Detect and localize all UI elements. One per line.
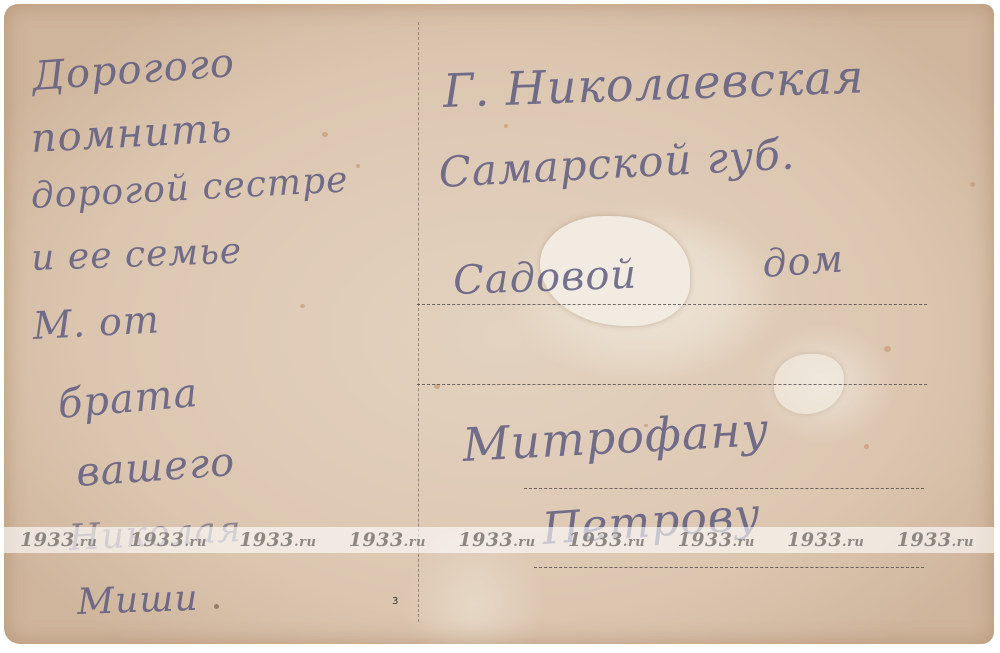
address-line [534,567,924,568]
address-text: Самарской губ. [437,129,796,197]
stain-speck [884,346,891,352]
message-line: помнить [30,106,234,162]
watermark-text: 1933.ru [678,529,755,551]
stain-speck [356,164,360,168]
stain-speck [504,124,508,128]
message-line: и ее семье [31,231,243,279]
address-line [417,304,927,305]
watermark-text: 1933.ru [349,529,426,551]
stain-speck [864,444,869,449]
address-line [524,488,924,489]
message-line: брата [56,370,200,428]
stain-speck [300,304,305,308]
message-line: М. от [32,297,161,348]
watermark-text: 1933.ru [239,529,316,551]
watermark-text: 1933.ru [568,529,645,551]
address-line [417,384,927,385]
stain-speck [322,132,328,137]
watermark-text: 1933.ru [20,529,97,551]
stain-speck [970,182,975,187]
address-text: Г. Николаевская [442,49,865,118]
watermark-text: 1933.ru [130,529,207,551]
stain-speck [214,604,219,609]
message-line: дорогой сестре [30,159,350,217]
watermark-text: 1933.ru [787,529,864,551]
watermark-text: 1933.ru [897,529,974,551]
address-text: Митрофану [461,402,770,472]
printed-number: 3 [392,596,398,607]
message-line: вашего [75,439,237,496]
watermark-strip: 1933.ru1933.ru1933.ru1933.ru1933.ru1933.… [0,527,1000,553]
address-text: Садовой [452,252,638,304]
address-text: дом [761,236,845,286]
message-line: Миши [77,578,200,623]
watermark-text: 1933.ru [458,529,535,551]
message-line: Дорогого [31,40,237,100]
